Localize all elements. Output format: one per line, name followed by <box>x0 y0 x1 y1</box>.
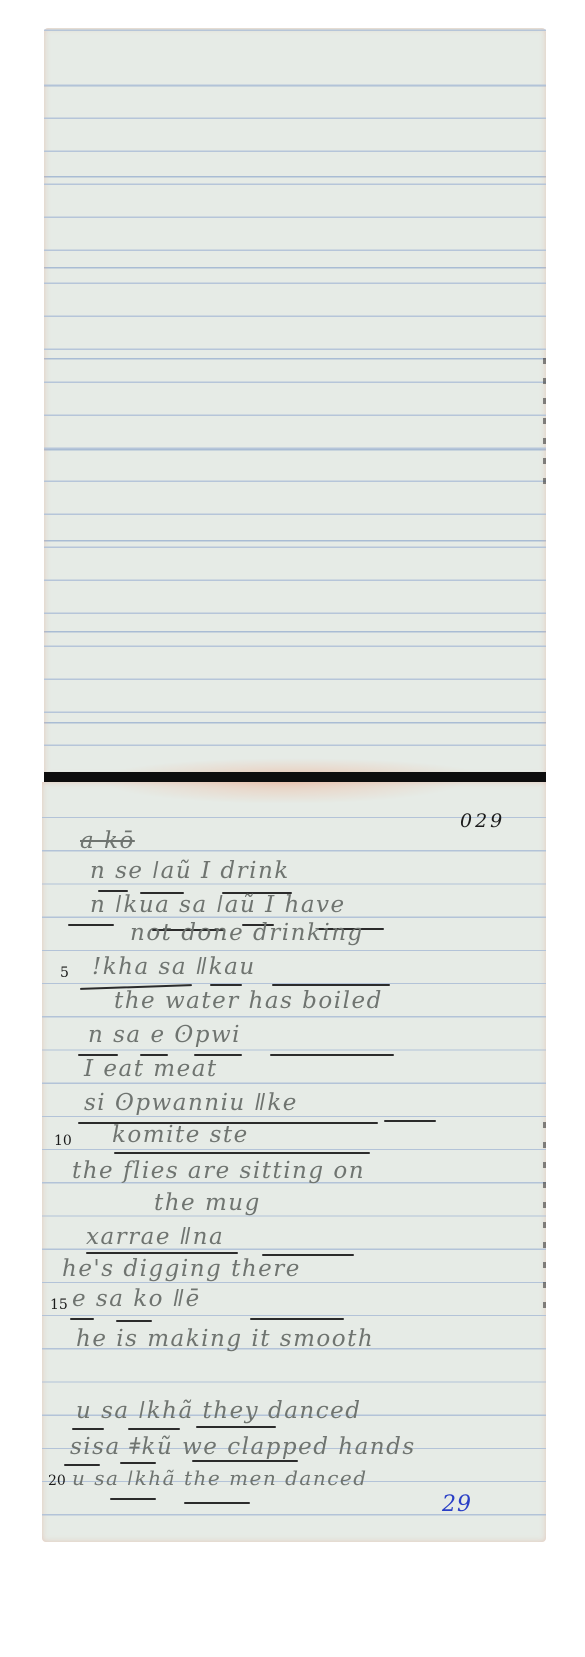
underline <box>72 1428 104 1430</box>
page-code: 029 <box>460 812 505 831</box>
handwritten-line-5: !kha sa ǁkau <box>92 956 256 979</box>
underline <box>70 1318 94 1320</box>
underline <box>116 1320 152 1322</box>
handwritten-line-18: sisa ǂkũ we clapped hands <box>70 1436 416 1459</box>
handwritten-line-1: a kō <box>80 830 135 853</box>
underline <box>68 924 114 926</box>
handwritten-line-20: u sa ǀkhã the men danced <box>72 1468 368 1488</box>
handwritten-line-6: the water has boiled <box>114 990 383 1013</box>
line-number-5: 5 <box>60 966 69 980</box>
handwritten-line-15: e sa ko ǁē <box>72 1288 201 1311</box>
handwritten-line-11: the flies are sitting on <box>72 1160 365 1183</box>
underline <box>110 1498 156 1500</box>
handwritten-line-16: he is making it smooth <box>76 1328 374 1351</box>
ruled-lines <box>44 28 546 776</box>
handwritten-line-3: n ǀkua sa ǀaũ I have <box>90 894 346 917</box>
handwritten-line-12: the mug <box>154 1192 261 1215</box>
underline <box>184 1502 250 1504</box>
line-number-20: 20 <box>48 1474 66 1488</box>
underline <box>250 1318 344 1320</box>
underline <box>120 1462 156 1464</box>
handwritten-line-9: si ʘpwanniu ǁke <box>84 1092 298 1115</box>
handwritten-line-2: n se ǀaũ I drink <box>90 860 290 883</box>
underline <box>270 1054 394 1056</box>
notebook-top-page <box>44 28 546 776</box>
notebook-gutter <box>44 772 546 782</box>
underline <box>128 1428 180 1430</box>
handwritten-line-8: I eat meat <box>84 1058 218 1081</box>
foxing-stain <box>102 782 466 804</box>
handwritten-line-4: not done drinking <box>130 922 364 945</box>
handwritten-line-10: komite ste <box>112 1124 249 1147</box>
line-number-10: 10 <box>54 1134 72 1148</box>
underline <box>114 1152 370 1154</box>
underline <box>86 1252 238 1254</box>
line-number-15: 15 <box>50 1298 68 1312</box>
handwritten-line-17: u sa ǀkhã they danced <box>76 1400 361 1423</box>
notebook-bottom-page: 029 a kō n se ǀaũ I drink n ǀkua sa ǀaũ … <box>42 782 546 1542</box>
handwritten-line-13: xarrae ǁna <box>86 1226 224 1249</box>
underline <box>384 1120 436 1122</box>
underline <box>210 984 242 986</box>
handwritten-line-7: n sa e ʘpwi <box>88 1024 241 1047</box>
page-edge-marks <box>543 358 546 488</box>
handwritten-line-14: he's digging there <box>62 1258 301 1281</box>
page-edge-marks <box>543 1122 546 1322</box>
underline <box>196 1426 276 1428</box>
underline <box>192 1460 298 1462</box>
underline <box>272 984 390 986</box>
page-number: 29 <box>442 1494 472 1516</box>
